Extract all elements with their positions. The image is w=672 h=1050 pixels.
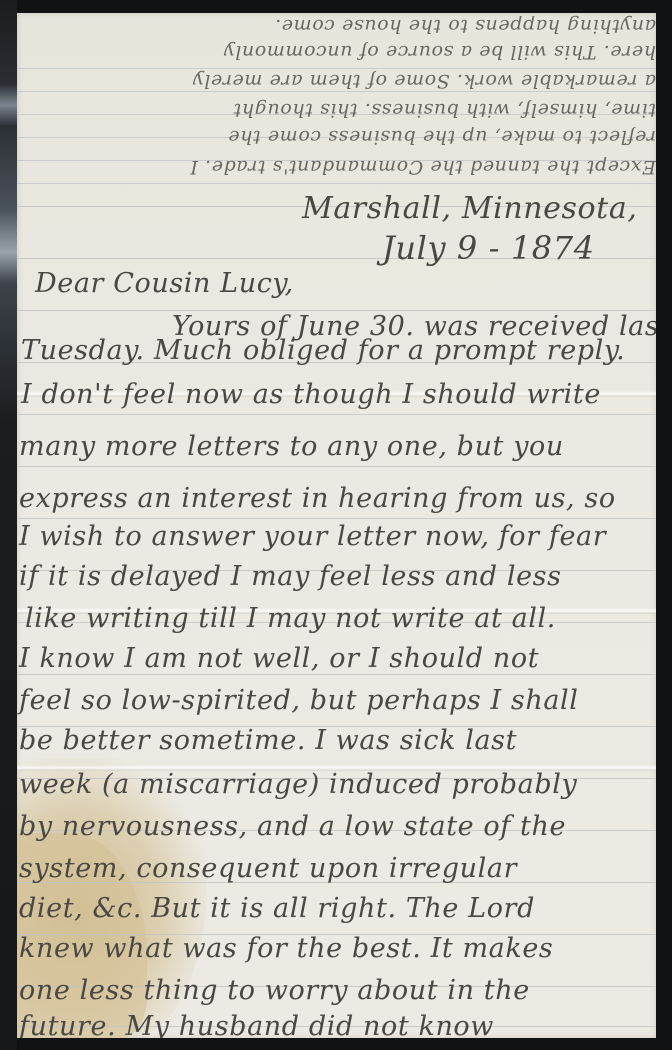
ruled-line xyxy=(17,466,656,467)
letter-page: anything happens to the house come. here… xyxy=(17,13,656,1038)
inverted-postscript-line: time, himself, with business. this thoug… xyxy=(17,99,656,121)
ruled-line xyxy=(17,68,656,69)
body-line: express an interest in hearing from us, … xyxy=(19,483,656,514)
inverted-postscript-line: anything happens to the house come. xyxy=(17,15,656,37)
inverted-postscript-line: reflect to make, up the business come th… xyxy=(17,126,656,148)
body-line: feel so low-spirited, but perhaps I shal… xyxy=(19,685,656,716)
ruled-line xyxy=(17,518,656,519)
body-line: diet, &c. But it is all right. The Lord xyxy=(19,893,656,924)
inverted-postscript-line: a remarkable work. Some of them are mere… xyxy=(17,70,656,92)
body-line: future. My husband did not know xyxy=(19,1011,656,1038)
body-line: system, consequent upon irregular xyxy=(19,853,656,884)
inverted-postscript-line: Except the tanned the Commandant's trade… xyxy=(17,156,656,178)
letter-place: Marshall, Minnesota, xyxy=(302,191,652,226)
scanner-frame-left xyxy=(0,0,17,1050)
body-line: by nervousness, and a low state of the xyxy=(19,811,656,842)
body-line: I don't feel now as though I should writ… xyxy=(21,379,656,410)
salutation: Dear Cousin Lucy, xyxy=(35,268,656,299)
body-line: like writing till I may not write at all… xyxy=(25,603,656,634)
body-line: I know I am not well, or I should not xyxy=(19,643,656,674)
body-line: knew what was for the best. It makes xyxy=(19,933,656,964)
body-line: one less thing to worry about in the xyxy=(19,975,656,1006)
ruled-line xyxy=(17,414,656,415)
letter-date: July 9 - 1874 xyxy=(382,229,642,267)
body-line: if it is delayed I may feel less and les… xyxy=(19,561,656,592)
inverted-postscript-line: here. This will be a source of uncommonl… xyxy=(17,41,656,63)
ruled-line xyxy=(17,674,656,675)
body-line: week (a miscarriage) induced probably xyxy=(19,769,656,800)
body-line: I wish to answer your letter now, for fe… xyxy=(19,521,656,552)
ruled-line xyxy=(17,183,656,184)
body-line: many more letters to any one, but you xyxy=(19,431,656,462)
body-line: Tuesday. Much obliged for a prompt reply… xyxy=(21,335,656,366)
body-line: be better sometime. I was sick last xyxy=(19,725,656,756)
